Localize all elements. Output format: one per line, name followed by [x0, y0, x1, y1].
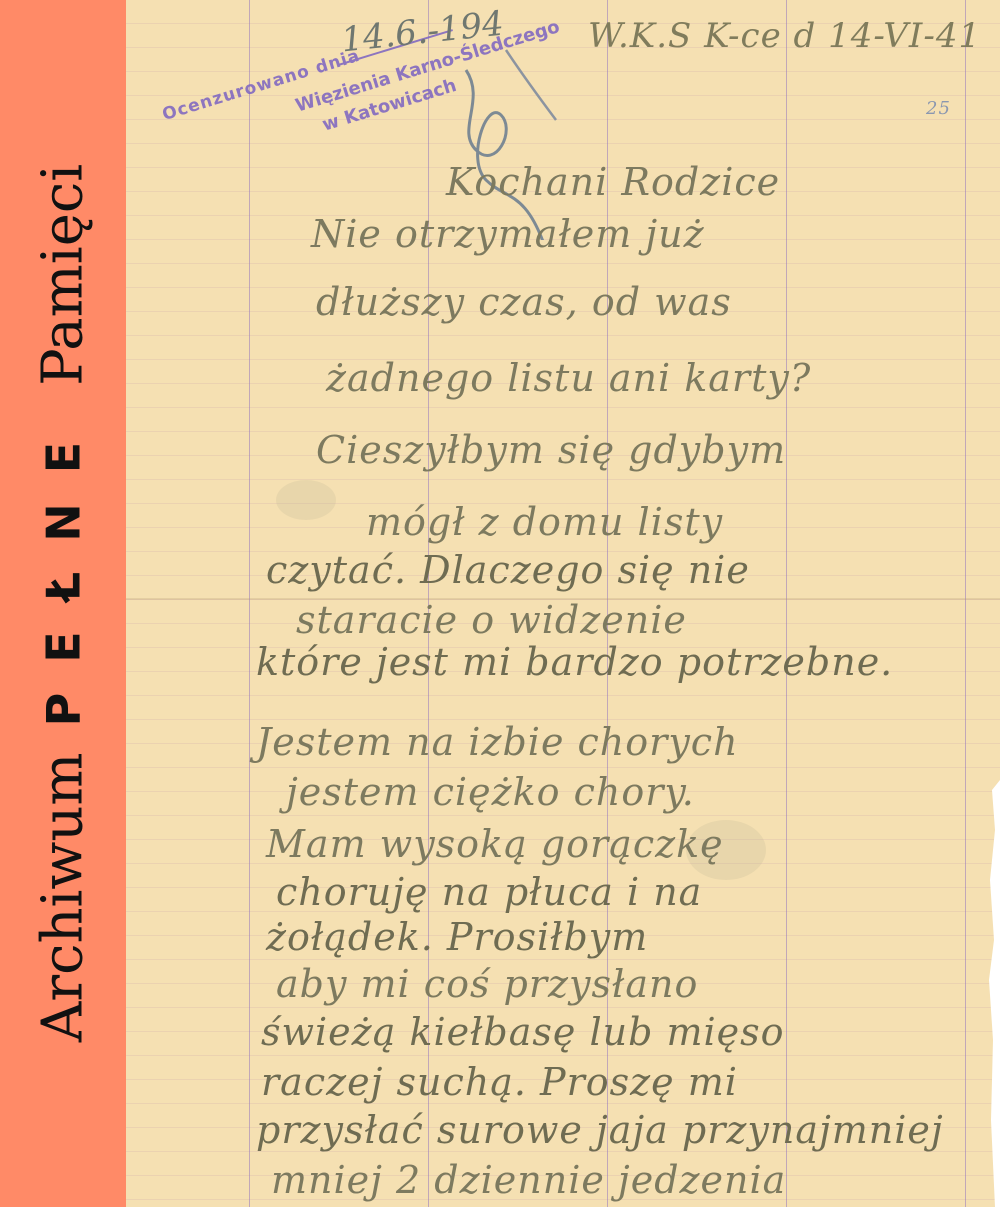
letter-line: dłuższy czas, od was [316, 280, 732, 324]
letter-line: żołądek. Prosiłbym [266, 915, 648, 959]
letter-line: choruję na płuca i na [276, 870, 702, 914]
brand-prefix: Archiwum [31, 752, 96, 1042]
letter-line: które jest mi bardzo potrzebne. [256, 640, 893, 684]
sidebar-brand-strip: Archiwum PEŁNE Pamięci [0, 0, 126, 1207]
letter-line: przysłać surowe jaja przynajmniej [256, 1108, 944, 1152]
brand-highlight: PEŁNE [36, 412, 90, 727]
letter-line: aby mi coś przysłano [276, 962, 698, 1006]
letter-line: raczej suchą. Proszę mi [261, 1060, 738, 1104]
letter-line: świeżą kiełbasę lub mięso [261, 1010, 785, 1054]
letter-scan: Ocenzurowano dnia Więzienia Karno-Śledcz… [126, 0, 1000, 1207]
letter-line: mógł z domu listy [366, 500, 723, 544]
letter-line: Mam wysoką gorączkę [266, 822, 724, 866]
letter-line: jestem ciężko chory. [286, 770, 695, 814]
letter-line: żadnego listu ani karty? [326, 356, 811, 400]
header-place-date: W.K.S K-ce d 14-VI-41 [588, 16, 981, 56]
letter-line: Cieszyłbym się gdybym [316, 428, 786, 472]
censor-signature-icon [446, 40, 566, 240]
brand-logo: Archiwum PEŁNE Pamięci [31, 164, 96, 1042]
letter-line: Jestem na izbie chorych [256, 720, 739, 764]
letter-line: staracie o widzenie [296, 598, 687, 642]
page-number: 25 [926, 98, 951, 119]
brand-suffix: Pamięci [31, 164, 96, 386]
letter-line: czytać. Dlaczego się nie [266, 548, 750, 592]
letter-line: Kochani Rodzice [446, 160, 780, 204]
paper-stain [276, 480, 336, 520]
letter-line: mniej 2 dziennie jedzenia [271, 1158, 786, 1202]
letter-line: Nie otrzymałem już [311, 212, 705, 256]
torn-edge [986, 0, 1000, 1207]
